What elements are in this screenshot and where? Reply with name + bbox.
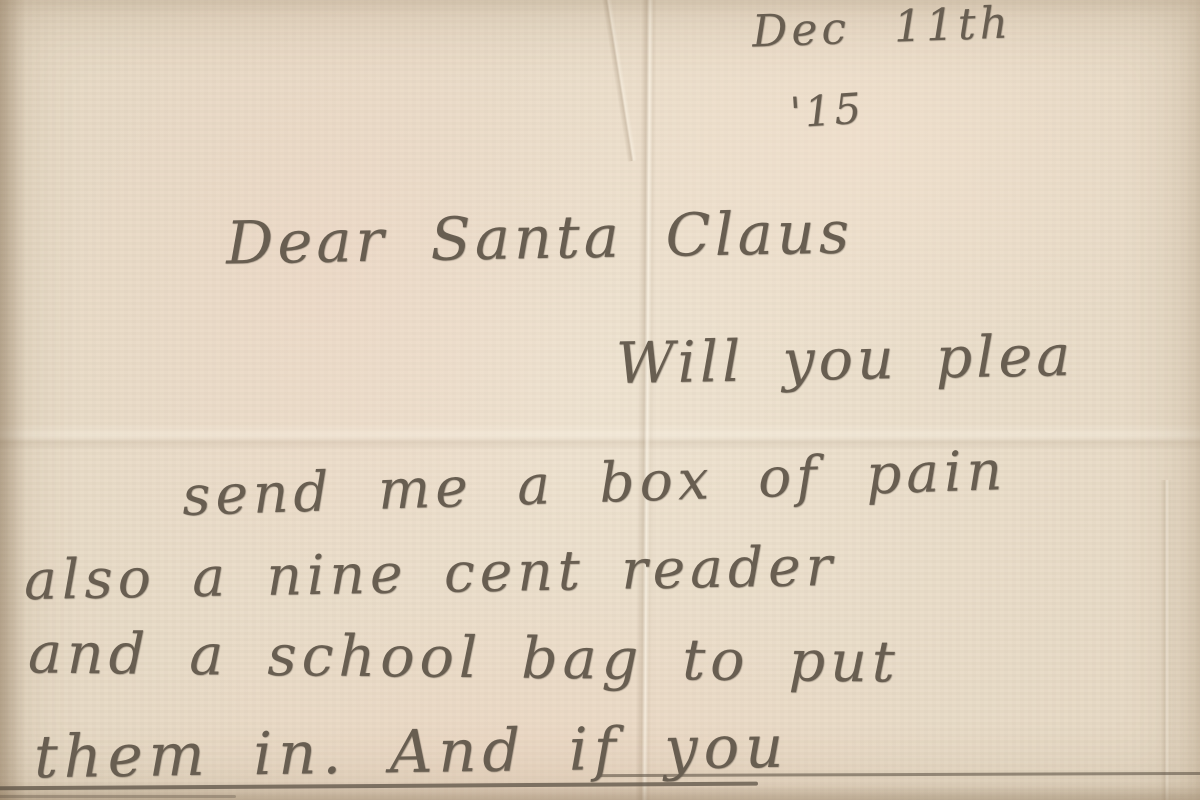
horizontal-crease: [0, 424, 1200, 450]
letter-line: also a nine cent reader: [24, 539, 838, 608]
diagonal-crease: [601, 0, 637, 162]
date-line-1: Dec 11th: [751, 1, 1012, 54]
pencil-rule-line: [0, 795, 236, 798]
paper-edge-shadow: [0, 0, 26, 800]
letter-photo: Dec 11th '15 Dear Santa Claus Will you p…: [0, 0, 1200, 800]
letter-line: send me a box of pain: [181, 443, 1007, 524]
letter-line: and a school bag to put: [28, 625, 900, 691]
date-line-2: '15: [789, 87, 866, 134]
letter-line: Will you plea: [616, 328, 1075, 393]
right-crease: [1160, 480, 1172, 800]
salutation-line: Dear Santa Claus: [226, 203, 854, 273]
letter-line: them in. And if you: [34, 717, 790, 787]
